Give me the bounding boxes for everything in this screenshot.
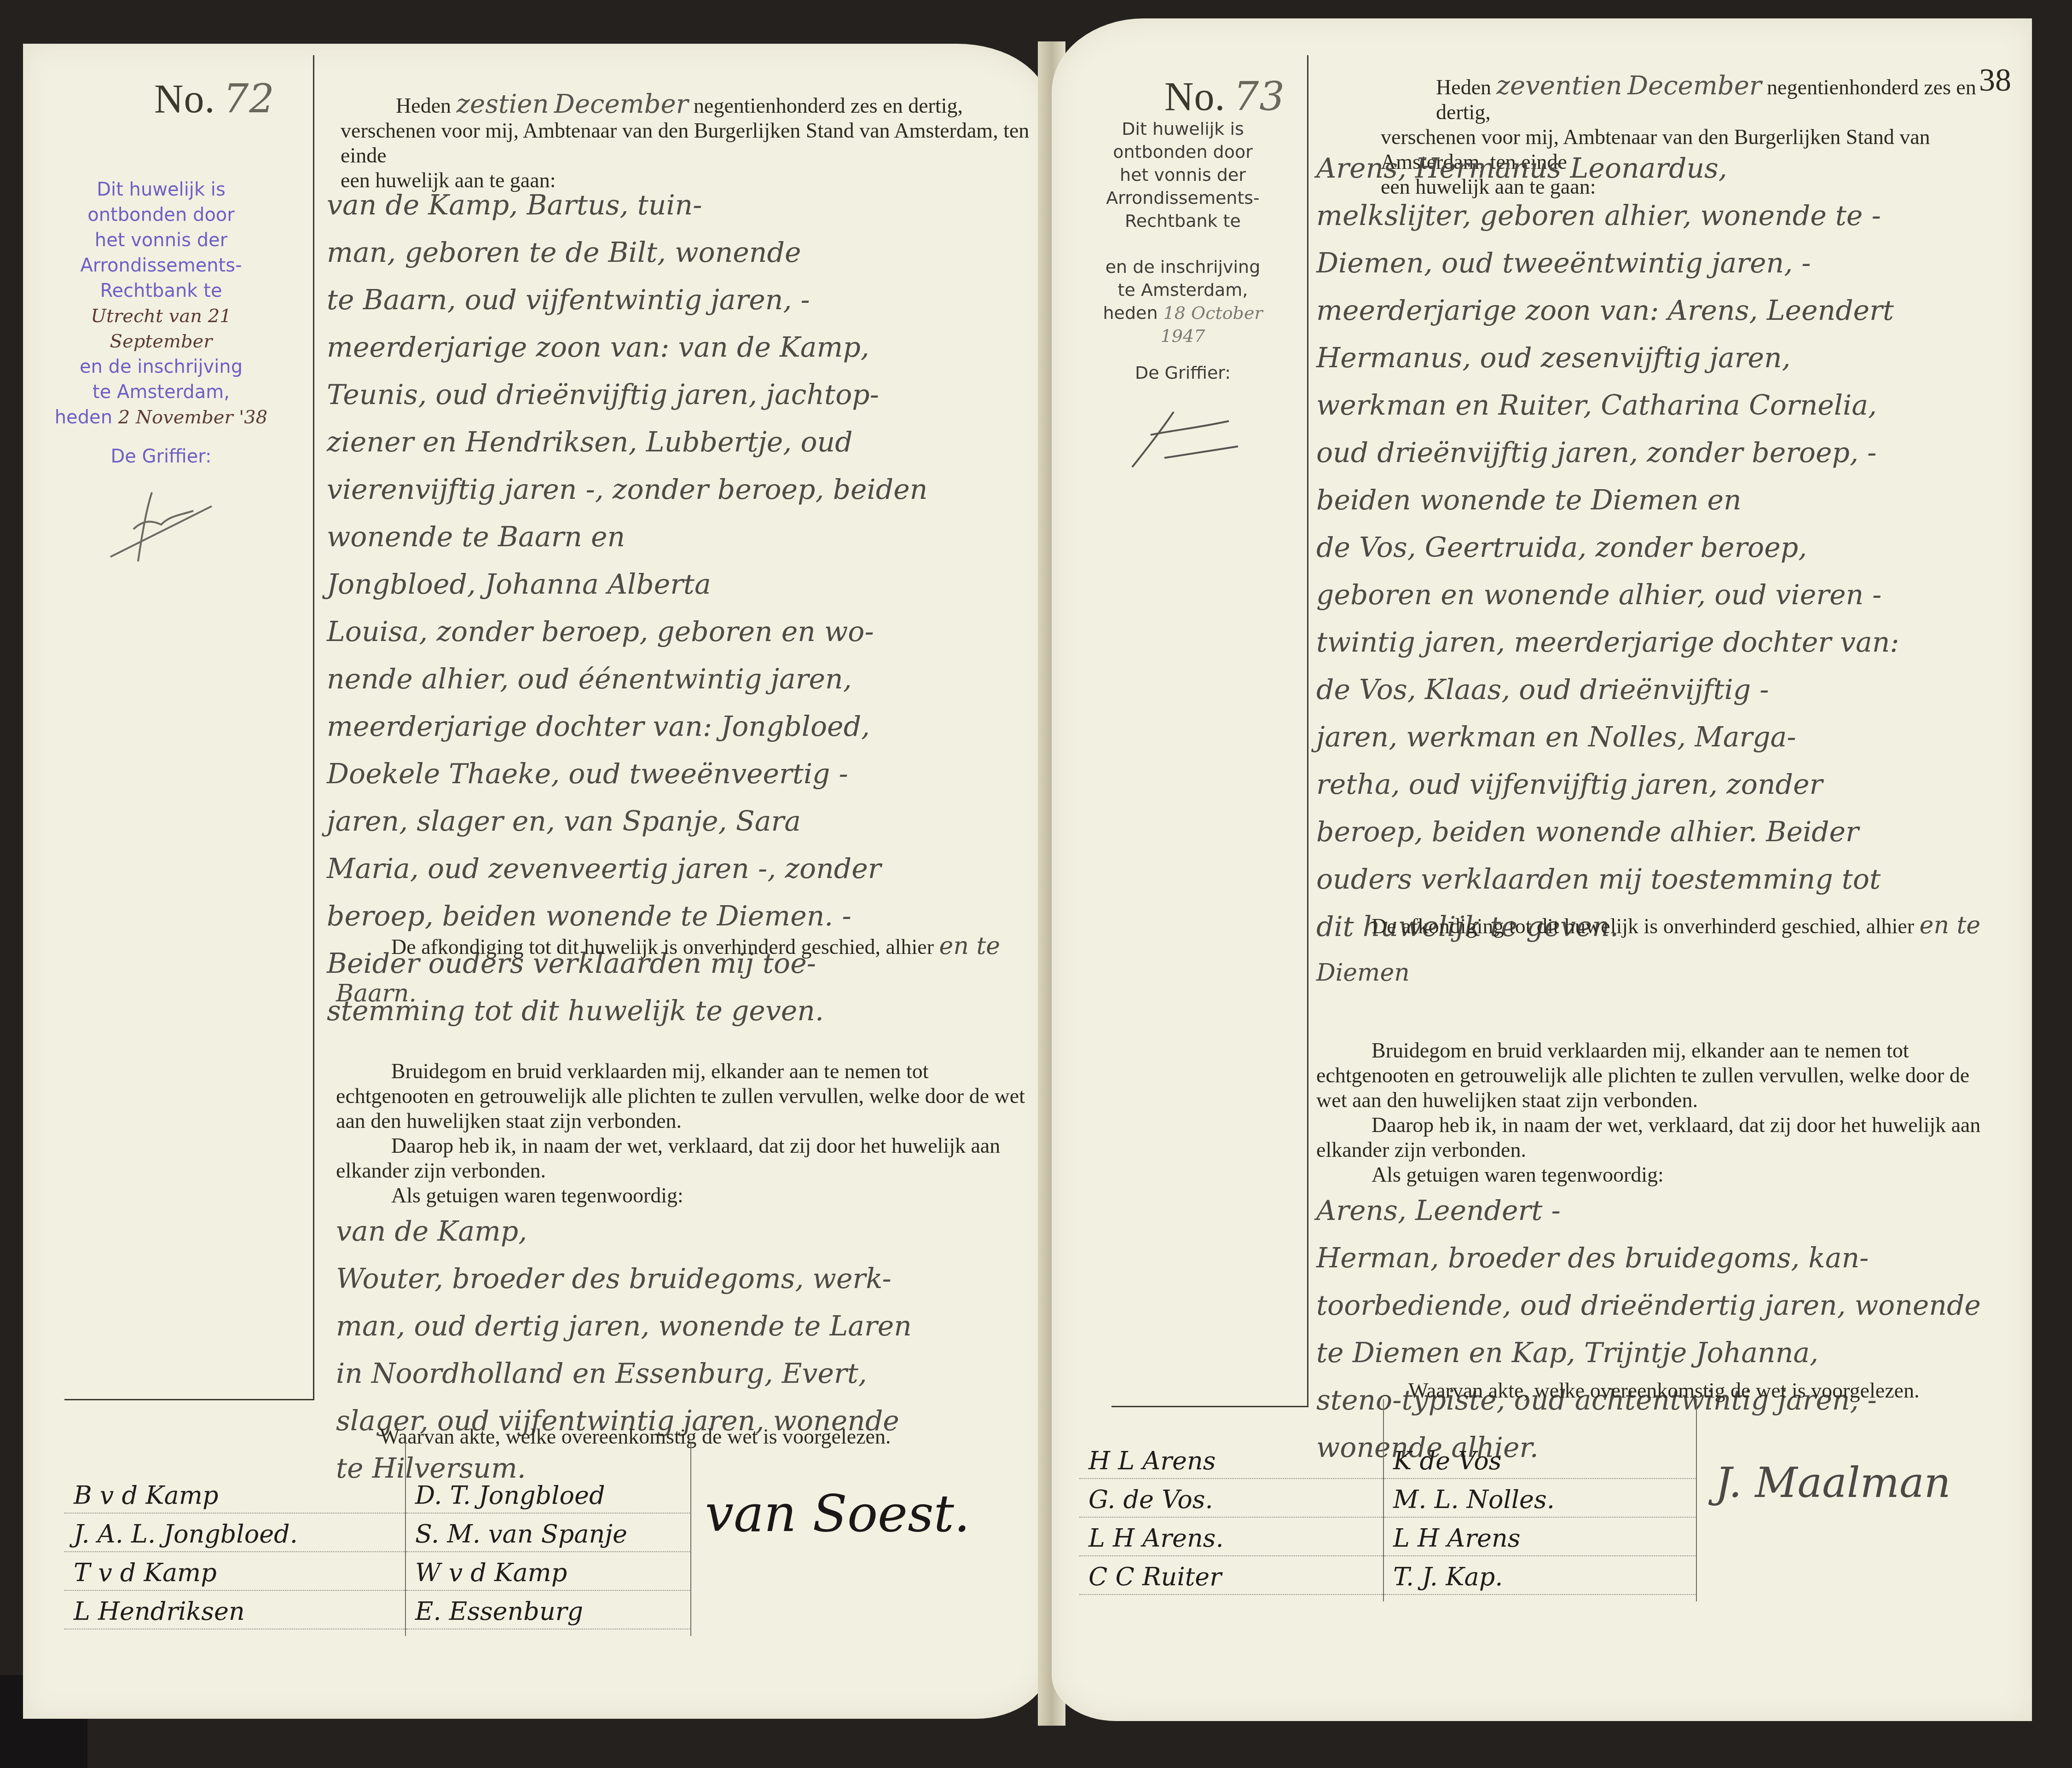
signature: S. M. van Spanje — [415, 1520, 627, 1548]
handwritten-line: van de Kamp, Bartus, tuin- — [327, 182, 1031, 229]
stamp-line: en de inschrijving — [1082, 255, 1284, 278]
signature: C C Ruiter — [1088, 1562, 1221, 1591]
record-number-value: 72 — [224, 76, 275, 122]
heden-label: Heden — [1436, 75, 1491, 99]
signature-column-official: J. Maalman — [1696, 1399, 2014, 1601]
handwritten-day: zestien — [457, 89, 549, 119]
signature: L H Arens. — [1088, 1524, 1224, 1553]
handwritten-line: Louisa, zonder beroep, geboren en wo- — [327, 608, 1031, 656]
stamp-heden-label: heden — [55, 407, 112, 428]
stamp-line: Dit huwelijk is — [1082, 117, 1284, 140]
handwritten-line: meerderjarige dochter van: Jongbloed, — [327, 703, 1031, 751]
handwritten-line: Herman, broeder des bruidegoms, kan- — [1316, 1235, 2002, 1282]
getuigen-label: Als getuigen waren tegenwoordig: — [391, 1184, 683, 1207]
stamp-handwritten-date: 18 October 1947 — [1161, 303, 1263, 346]
signature: D. T. Jongbloed — [415, 1481, 605, 1510]
handwritten-line: ouders verklaarden mij toestemming tot — [1316, 856, 2007, 903]
handwritten-line: Diemen, oud tweeëntwintig jaren, - — [1316, 240, 2007, 287]
heden-label: Heden — [396, 94, 451, 117]
stamp-line: ontbonden door — [51, 202, 272, 228]
handwritten-line: werkman en Ruiter, Catharina Cornelia, — [1316, 382, 2007, 429]
handwritten-line: jaren, werkman en Nolles, Marga- — [1316, 714, 2007, 761]
handwritten-line: Arens, Leendert - — [1316, 1187, 2002, 1235]
signature-column-2: K de Vos M. L. Nolles. L H Arens T. J. K… — [1383, 1399, 1697, 1601]
signature: T. J. Kap. — [1393, 1562, 1503, 1591]
handwritten-line: nende alhier, oud éénentwintig jaren, — [327, 656, 1031, 703]
handwritten-line: Jongbloed, Johanna Alberta — [327, 561, 1031, 608]
handwritten-line: ziener en Hendriksen, Lubbertje, oud — [327, 419, 1031, 466]
stamp-line: Arrondissements- — [1082, 186, 1284, 209]
handwritten-line: van de Kamp, — [336, 1208, 1040, 1255]
griffier-signature — [1123, 403, 1243, 481]
handwritten-line: retha, oud vijfenvijftig jaren, zonder — [1316, 761, 2007, 809]
signature: L Hendriksen — [74, 1597, 245, 1626]
signature: K de Vos — [1393, 1446, 1501, 1475]
handwritten-line: beiden wonende te Diemen en — [1316, 477, 2007, 524]
handwritten-line: beroep, beiden wonende alhier. Beider — [1316, 809, 2007, 856]
signature-column-2: D. T. Jongbloed S. M. van Spanje W v d K… — [405, 1443, 691, 1636]
handwritten-line: twintig jaren, meerderjarige dochter van… — [1316, 619, 2007, 666]
signature: T v d Kamp — [74, 1558, 217, 1587]
signature-grid: B v d Kamp J. A. L. Jongbloed. T v d Kam… — [64, 1443, 1013, 1636]
handwritten-line: vierenvijftig jaren -, zonder beroep, be… — [327, 466, 1031, 514]
official-signature: van Soest. — [705, 1484, 970, 1543]
handwritten-line: wonende te Baarn en — [327, 514, 1031, 561]
handwritten-line: te Baarn, oud vijfentwintig jaren, - — [327, 277, 1031, 324]
griffier-signature — [101, 488, 221, 566]
record-label: No. — [154, 77, 215, 121]
official-signature: J. Maalman — [1715, 1459, 1951, 1507]
daarop-paragraph: Daarop heb ik, in naam der wet, verklaar… — [1316, 1113, 2002, 1162]
handwritten-line: Doekele Thaeke, oud tweeënveertig - — [327, 751, 1031, 798]
annulment-stamp: Dit huwelijk is ontbonden door het vonni… — [51, 177, 272, 566]
stamp-line: ontbonden door — [1082, 140, 1284, 163]
signature: G. de Vos. — [1088, 1485, 1213, 1514]
record-number: No.72 — [154, 76, 275, 122]
annulment-stamp: Dit huwelijk is ontbonden door het vonni… — [1082, 117, 1284, 481]
left-page: No.72 Dit huwelijk is ontbonden door het… — [23, 44, 1049, 1719]
header-line-2: verschenen voor mij, Ambtenaar van den B… — [341, 118, 1031, 168]
handwritten-line: te Diemen en Kap, Trijntje Johanna, — [1316, 1329, 2002, 1377]
stamp-line: en de inschrijving — [51, 354, 272, 380]
griffier-label: De Griffier: — [1082, 361, 1284, 384]
handwritten-line: melkslijter, geboren alhier, wonende te … — [1316, 192, 2007, 240]
right-page: 38 No.73 Dit huwelijk is ontbonden door … — [1052, 18, 2032, 1721]
stamp-line: het vonnis der — [51, 228, 272, 253]
stamp-line: te Amsterdam, — [1082, 278, 1284, 301]
signature-column-1: B v d Kamp J. A. L. Jongbloed. T v d Kam… — [64, 1443, 405, 1636]
stamp-line: Rechtbank te — [1082, 209, 1284, 232]
signature: L H Arens — [1393, 1524, 1521, 1553]
griffier-label: De Griffier: — [51, 444, 272, 469]
signature-column-1: H L Arens G. de Vos. L H Arens. C C Ruit… — [1079, 1399, 1383, 1601]
handwritten-line: meerderjarige zoon van: van de Kamp, — [327, 324, 1031, 371]
handwritten-line: meerderjarige zoon van: Arens, Leendert — [1316, 287, 2007, 335]
bruidegom-paragraph: Bruidegom en bruid verklaarden mij, elka… — [1316, 1038, 2002, 1113]
signature: J. A. L. Jongbloed. — [74, 1520, 298, 1548]
signature: W v d Kamp — [415, 1558, 567, 1587]
handwritten-line: Maria, oud zevenveertig jaren -, zonder — [327, 845, 1031, 893]
signature: M. L. Nolles. — [1393, 1485, 1555, 1514]
handwritten-line: geboren en wonende alhier, oud vieren - — [1316, 572, 2007, 619]
handwritten-body: van de Kamp, Bartus, tuin-man, geboren t… — [327, 182, 1031, 1035]
record-header: Heden zestien December negentienhonderd … — [341, 92, 1031, 193]
printed-year: negentienhonderd zes en dertig, — [694, 94, 963, 117]
stamp-line: te Amsterdam, — [51, 380, 272, 405]
handwritten-line: man, geboren te de Bilt, wonende — [327, 229, 1031, 277]
handwritten-line: Teunis, oud drieënvijftig jaren, jachtop… — [327, 371, 1031, 419]
handwritten-line: man, oud dertig jaren, wonende te Laren — [336, 1303, 1040, 1350]
handwritten-line: in Noordholland en Essenburg, Evert, — [336, 1350, 1040, 1398]
stamp-line: het vonnis der — [1082, 163, 1284, 186]
handwritten-line: Arens, Hermanus Leonardus, — [1316, 145, 2007, 192]
signature: H L Arens — [1088, 1446, 1216, 1475]
daarop-paragraph: Daarop heb ik, in naam der wet, verklaar… — [336, 1133, 1040, 1183]
record-label: No. — [1164, 75, 1226, 119]
signature: E. Essenburg — [415, 1597, 583, 1626]
bruidegom-paragraph: Bruidegom en bruid verklaarden mij, elka… — [336, 1059, 1040, 1133]
stamp-heden-label: heden — [1103, 303, 1158, 323]
handwritten-line: Hermanus, oud zesenvijftig jaren, — [1316, 335, 2007, 382]
afkondiging-printed: De afkondiging tot dit huwelijk is onver… — [391, 935, 934, 959]
signature: B v d Kamp — [74, 1481, 219, 1510]
signature-column-official: van Soest. — [690, 1443, 1013, 1636]
handwritten-month: December — [554, 89, 688, 119]
register-book-spread: No.72 Dit huwelijk is ontbonden door het… — [0, 0, 2072, 1768]
handwritten-line: jaren, slager en, van Spanje, Sara — [327, 798, 1031, 845]
handwritten-day: zeventien — [1497, 71, 1622, 101]
record-number-value: 73 — [1234, 74, 1285, 120]
afkondiging-printed: De afkondiging tot dit huwelijk is onver… — [1372, 914, 1914, 938]
handwritten-line: oud drieënvijftig jaren, zonder beroep, … — [1316, 429, 2007, 477]
stamp-line: Dit huwelijk is — [51, 177, 272, 202]
handwritten-body: Arens, Hermanus Leonardus,melkslijter, g… — [1316, 145, 2007, 951]
stamp-handwritten-date: 2 November '38 — [118, 407, 267, 428]
stamp-line: Rechtbank te — [51, 278, 272, 304]
signature-grid: H L Arens G. de Vos. L H Arens. C C Ruit… — [1079, 1399, 2014, 1601]
handwritten-line: de Vos, Klaas, oud drieënvijftig - — [1316, 666, 2007, 714]
getuigen-label: Als getuigen waren tegenwoordig: — [1372, 1163, 1664, 1186]
stamp-line: Arrondissements- — [51, 253, 272, 278]
handwritten-line: de Vos, Geertruida, zonder beroep, — [1316, 524, 2007, 572]
record-number: No.73 — [1164, 74, 1285, 120]
stamp-handwritten-court: Utrecht van 21 September — [51, 304, 272, 354]
handwritten-month: December — [1627, 71, 1761, 101]
handwritten-line: Wouter, broeder des bruidegoms, werk- — [336, 1255, 1040, 1303]
handwritten-line: toorbediende, oud drieëndertig jaren, wo… — [1316, 1282, 2002, 1329]
ceremony-text: De afkondiging tot dit huwelijk is onver… — [336, 923, 1040, 1492]
